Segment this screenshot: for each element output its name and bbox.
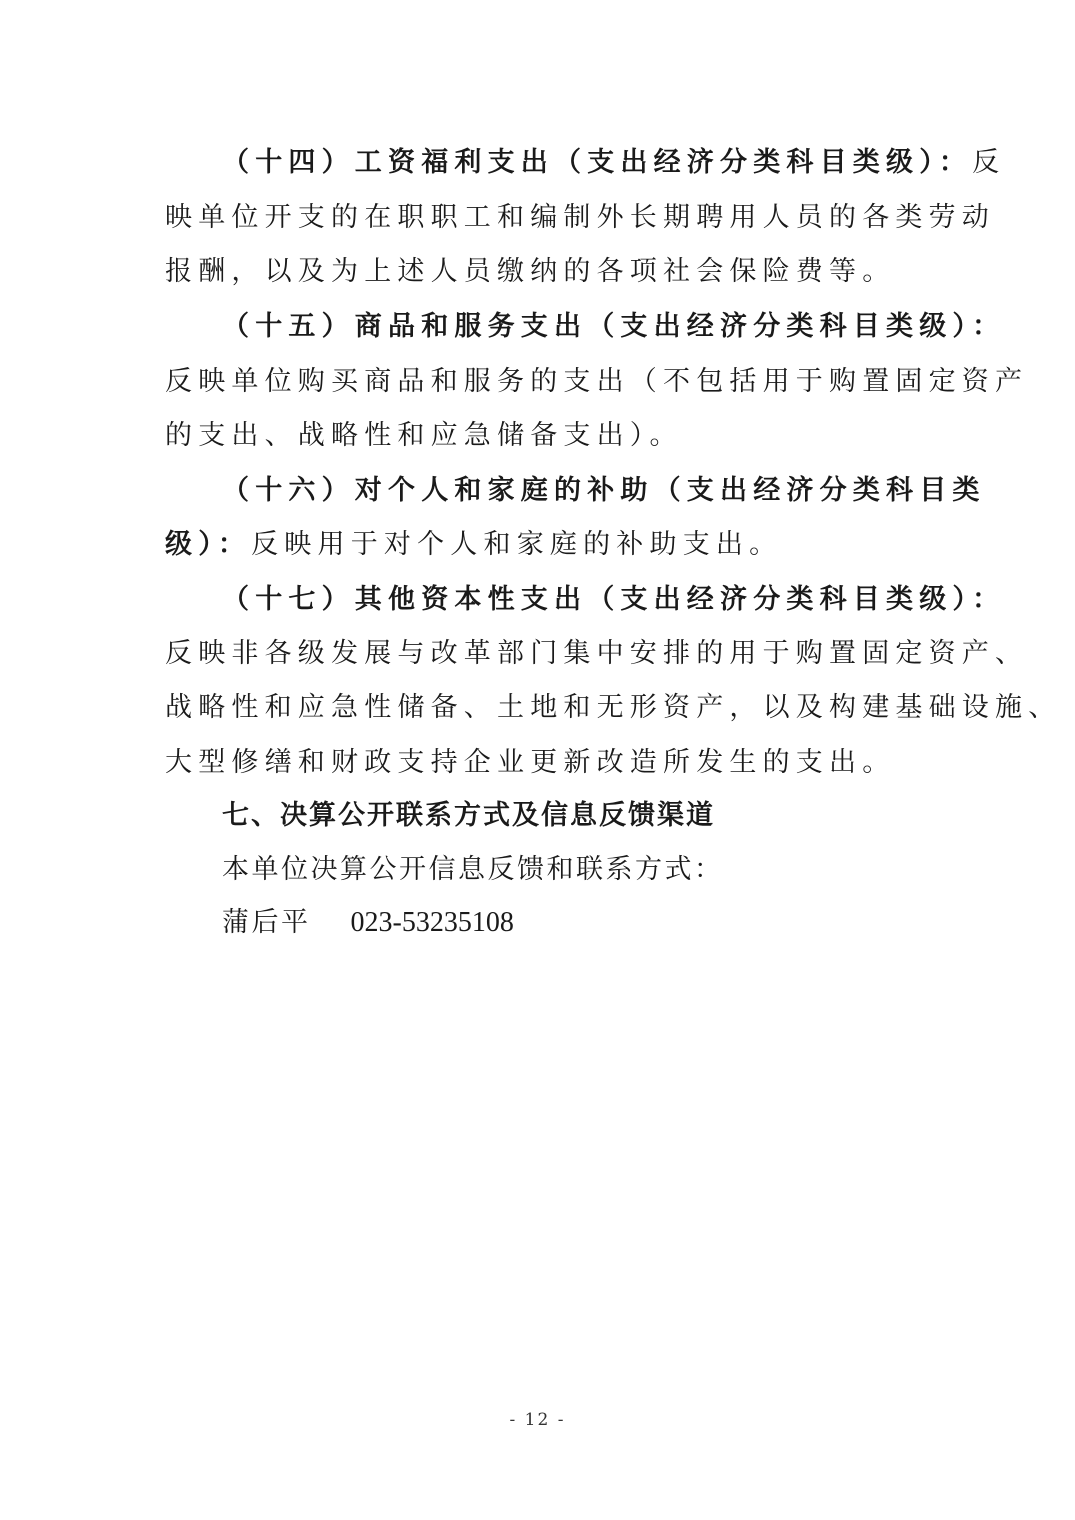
section-17-line-4: 大型修缮和财政支持企业更新改造所发生的支出。 <box>165 743 915 783</box>
contact-phone: 023-53235108 <box>351 907 514 938</box>
section-16-text: 反映用于对个人和家庭的补助支出。 <box>251 529 782 560</box>
contact-intro: 本单位决算公开信息反馈和联系方式： <box>222 850 972 890</box>
section-14-line-2: 映单位开支的在职职工和编制外长期聘用人员的各类劳动 <box>165 198 915 238</box>
section-17-line-3: 战略性和应急性储备、土地和无形资产，以及构建基础设施、 <box>165 688 915 728</box>
section-17-title: （十七）其他资本性支出（支出经济分类科目类级）： <box>222 584 1005 615</box>
page-number: - 12 - <box>0 1410 1075 1430</box>
section-14-line-3: 报酬，以及为上述人员缴纳的各项社会保险费等。 <box>165 252 915 292</box>
section-15-line-1: （十五）商品和服务支出（支出经济分类科目类级）： <box>222 307 972 347</box>
section-16-title: （十六）对个人和家庭的补助（支出经济分类科目类 <box>222 475 986 506</box>
section-15-line-2: 反映单位购买商品和服务的支出（不包括用于购置固定资产 <box>165 362 915 402</box>
section-14-text: 反 <box>972 147 1005 178</box>
section-16-line-1: （十六）对个人和家庭的补助（支出经济分类科目类 <box>222 471 972 511</box>
contact-heading: 七、决算公开联系方式及信息反馈渠道 <box>222 796 972 836</box>
document-page: （十四）工资福利支出（支出经济分类科目类级）：反 映单位开支的在职职工和编制外长… <box>0 0 1075 1520</box>
section-17-line-2: 反映非各级发展与改革部门集中安排的用于购置固定资产、 <box>165 634 915 674</box>
section-14-title: （十四）工资福利支出（支出经济分类科目类级）： <box>222 147 972 178</box>
section-15-line-3: 的支出、战略性和应急储备支出）。 <box>165 416 915 456</box>
section-17-line-1: （十七）其他资本性支出（支出经济分类科目类级）： <box>222 580 972 620</box>
section-14-line-1: （十四）工资福利支出（支出经济分类科目类级）：反 <box>222 143 972 183</box>
contact-name: 蒲后平 <box>222 907 311 938</box>
section-16-title-end: 级）： <box>165 529 251 560</box>
section-16-line-2: 级）：反映用于对个人和家庭的补助支出。 <box>165 525 915 565</box>
section-15-title: （十五）商品和服务支出（支出经济分类科目类级）： <box>222 311 1005 342</box>
contact-line: 蒲后平023-53235108 <box>222 903 972 943</box>
